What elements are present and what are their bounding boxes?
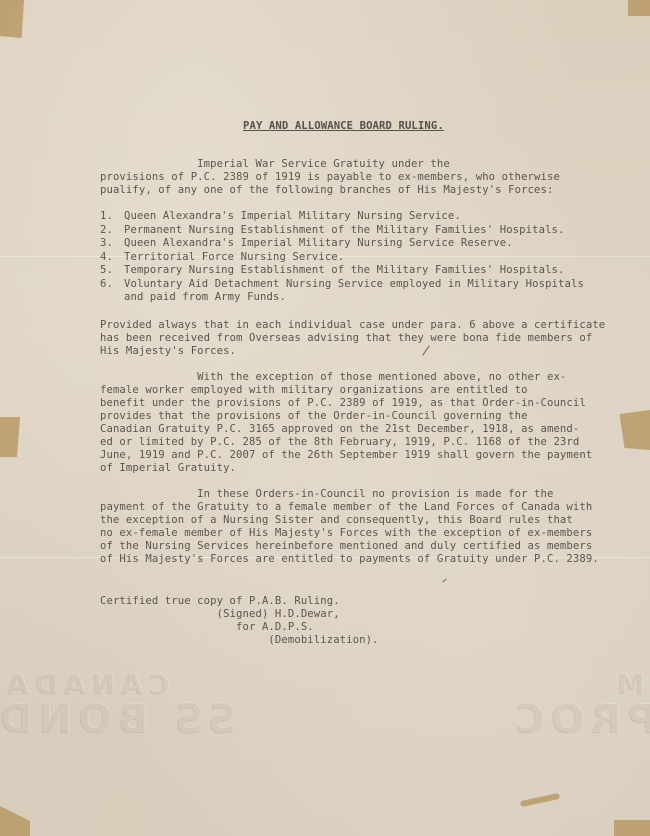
signature-line: (Signed) H.D.Dewar, (100, 608, 340, 620)
signature-role: for A.D.P.S. (100, 621, 314, 633)
tape-top-right (628, 0, 650, 16)
paragraph3-line: payment of the Gratuity to a female memb… (100, 501, 592, 513)
certification-line: Certified true copy of P.A.B. Ruling. (100, 595, 340, 607)
list-item-continuation: and paid from Army Funds. (100, 291, 286, 303)
pencil-tick-mark (442, 579, 446, 583)
proviso-line: Provided always that in each individual … (100, 319, 605, 331)
paragraph2-line: benefit under the provisions of P.C. 238… (100, 397, 586, 409)
document-title: PAY AND ALLOWANCE BOARD RULING. (243, 120, 444, 132)
proviso-line: has been received from Overseas advising… (100, 332, 592, 344)
tape-mid-right (616, 410, 650, 450)
paragraph2-line: June, 1919 and P.C. 2007 of the 26th Sep… (100, 449, 592, 461)
document-page: CANADA SS BOND M PROC PAY AND ALLOWANCE … (0, 0, 650, 836)
paragraph3-line: no ex-female member of His Majesty's For… (100, 527, 592, 539)
tape-top-left (0, 0, 24, 38)
paragraph2-line: provides that the provisions of the Orde… (100, 410, 528, 422)
paragraph2-line: With the exception of those mentioned ab… (100, 371, 566, 383)
list-item: 2.Permanent Nursing Establishment of the… (100, 224, 565, 236)
list-item: 1.Queen Alexandra's Imperial Military Nu… (100, 210, 461, 222)
paragraph3-line: of His Majesty's Forces are entitled to … (100, 553, 599, 565)
tape-bottom-leftmid (96, 797, 148, 836)
watermark-left-line2: SS BOND (0, 696, 237, 742)
signature-department: (Demobilization). (100, 634, 379, 646)
paragraph2-line: Canadian Gratuity P.C. 3165 approved on … (100, 423, 579, 435)
paragraph3-line: of the Nursing Services hereinbefore men… (100, 540, 592, 552)
paragraph2-line: female worker employed with military org… (100, 384, 528, 396)
intro-line: Imperial War Service Gratuity under the (100, 158, 450, 170)
paragraph2-line: ed or limited by P.C. 285 of the 8th Feb… (100, 436, 579, 448)
list-item: 3.Queen Alexandra's Imperial Military Nu… (100, 237, 513, 249)
paragraph3-line: In these Orders-in-Council no provision … (100, 488, 553, 500)
proviso-line: His Majesty's Forces. (100, 345, 236, 357)
tape-mid-left (0, 417, 20, 457)
tape-bottom-right (614, 820, 650, 836)
intro-line: pualify, of any one of the following bra… (100, 184, 553, 196)
list-item: 5.Temporary Nursing Establishment of the… (100, 264, 565, 276)
paragraph3-line: the exception of a Nursing Sister and co… (100, 514, 573, 526)
tape-bottom-left (0, 806, 30, 836)
document-body: PAY AND ALLOWANCE BOARD RULING. Imperial… (100, 0, 600, 488)
list-item: 4.Territorial Force Nursing Service. (100, 251, 344, 263)
paragraph2-line: of Imperial Gratuity. (100, 462, 236, 474)
watermark-right-line2: PROC (510, 696, 650, 742)
list-item: 6.Voluntary Aid Detachment Nursing Servi… (100, 278, 584, 290)
tape-stain (520, 793, 560, 807)
intro-line: provisions of P.C. 2389 of 1919 is payab… (100, 171, 560, 183)
